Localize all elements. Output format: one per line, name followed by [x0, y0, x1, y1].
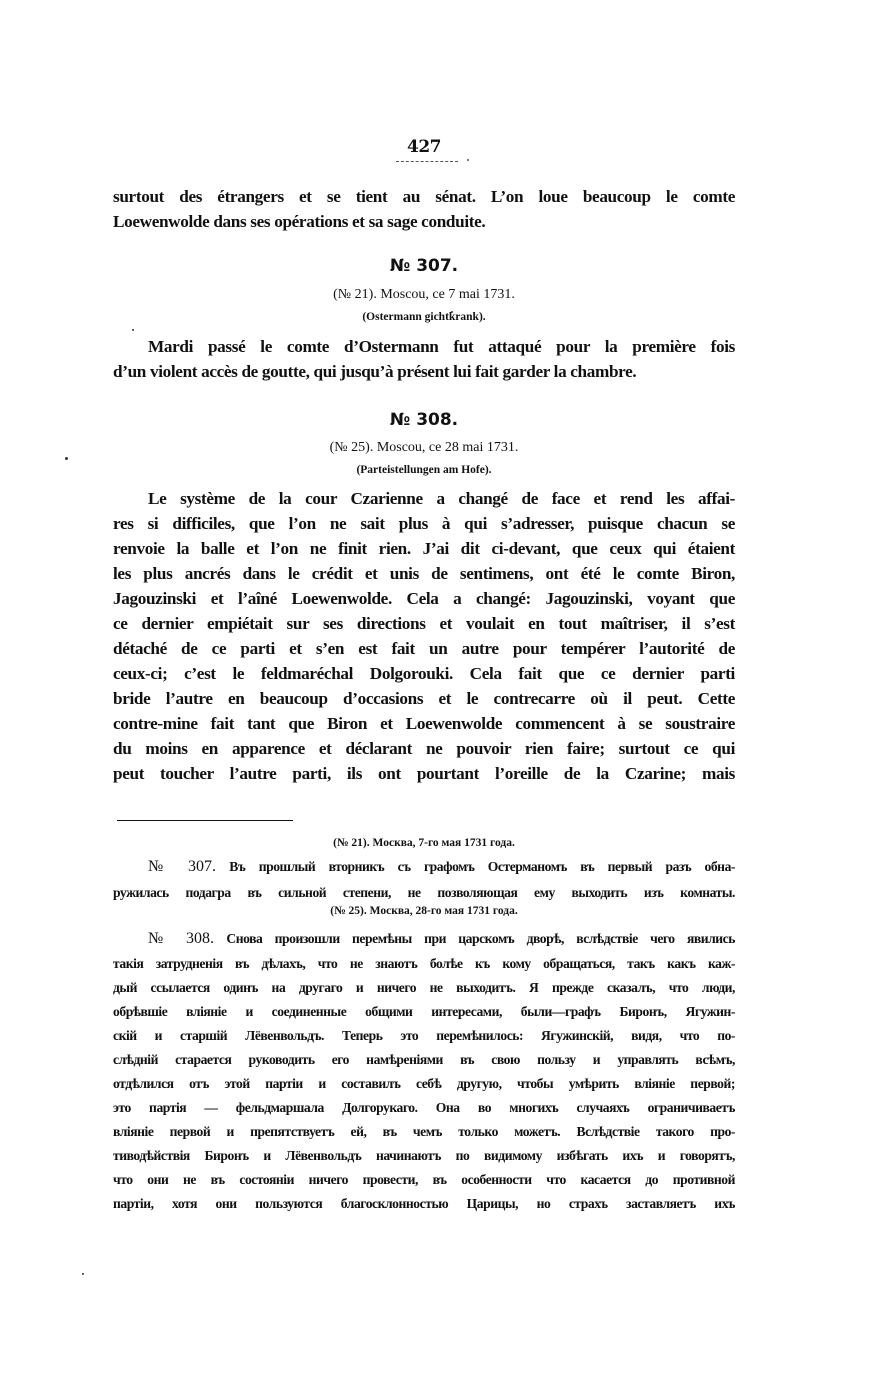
document-heading: № 308. [113, 410, 735, 430]
footnote-line: скій и старшій Лёвенвольдъ. Теперь это п… [113, 1025, 735, 1047]
scan-speck [451, 311, 453, 313]
footnote-rule [117, 820, 293, 821]
footnote-line: обрѣвшіе вліяніе и соединенные общими ин… [113, 1001, 735, 1023]
footnote-line: № 308. Снова произошли перемѣны при царс… [113, 928, 735, 950]
body-line: renvoie la balle et l’on ne finit rien. … [113, 535, 735, 563]
body-line: bride l’autre en beaucoup d’occasions et… [113, 685, 735, 713]
document-subtitle: (Parteistellungen am Hofe). [113, 464, 735, 476]
header-rule-dot [467, 159, 469, 161]
footnote-line: партіи, хотя они пользуются благосклонно… [113, 1193, 735, 1215]
body-line: ceux-ci; c’est le feldmaréchal Dolgorouk… [113, 660, 735, 688]
body-line: peut toucher l’autre parti, ils ont pour… [113, 760, 735, 788]
document-meta: (№ 21). Moscou, ce 7 mai 1731. [113, 287, 735, 303]
body-line: res si difficiles, que l’on ne sait plus… [113, 510, 735, 538]
body-line: détaché de ce parti et s’en est fait un … [113, 635, 735, 663]
footnote-line: ружилась подагра въ сильной степени, не … [113, 882, 735, 904]
document-meta: (№ 25). Moscou, ce 28 mai 1731. [113, 440, 735, 456]
body-line: contre-mine fait tant que Biron et Loewe… [113, 710, 735, 738]
footnote-line: № 307. Въ прошлый вторникъ съ графомъ Ос… [113, 856, 735, 878]
footnote-line: вліяніе первой и препятствуетъ ей, въ че… [113, 1121, 735, 1143]
body-line: surtout des étrangers et se tient au sén… [113, 183, 735, 211]
scan-speck [82, 1273, 84, 1275]
body-line: Mardi passé le comte d’Ostermann fut att… [113, 333, 735, 361]
footnote-meta: (№ 21). Москва, 7-го мая 1731 года. [113, 837, 735, 849]
body-line: Jagouzinski et l’aîné Loewenwolde. Cela … [113, 585, 735, 613]
body-line: ce dernier empiétait sur ses directions … [113, 610, 735, 638]
footnote-line: это партія — фельдмаршала Долгорукаго. О… [113, 1097, 735, 1119]
footnote-line: слѣдній старается руководить его намѣрен… [113, 1049, 735, 1071]
footnote-text: Снова произошли перемѣны при царскомъ дв… [226, 931, 735, 946]
body-line: Loewenwolde dans ses opérations et sa sa… [113, 208, 735, 236]
body-line: Le système de la cour Czarienne a changé… [113, 485, 735, 513]
footnote-line: дый ссылается одинъ на другаго и ничего … [113, 977, 735, 999]
footnote-meta: (№ 25). Москва, 28-го мая 1731 года. [113, 905, 735, 917]
header-rule [396, 161, 458, 163]
body-line: du moins en apparence et déclarant ne po… [113, 735, 735, 763]
footnote-line: что они не въ состояніи ничего провести,… [113, 1169, 735, 1191]
page-number: 427 [113, 137, 735, 157]
footnote-line: тиводѣйствія Биронъ и Лёвенвольдъ начина… [113, 1145, 735, 1167]
footnote-line: отдѣлился отъ этой партіи и составилъ се… [113, 1073, 735, 1095]
footnote-number: № 307. [148, 858, 216, 875]
document-heading: № 307. [113, 256, 735, 276]
body-line: d’un violent accès de goutte, qui jusqu’… [113, 358, 735, 386]
scan-speck [65, 457, 68, 460]
scan-speck [132, 329, 134, 331]
body-line: les plus ancrés dans le crédit et unis d… [113, 560, 735, 588]
document-subtitle: (Ostermann gichtkrank). [113, 311, 735, 323]
footnote-number: № 308. [148, 930, 214, 947]
footnote-text: Въ прошлый вторникъ съ графомъ Остермано… [229, 859, 735, 874]
footnote-line: такія затрудненія въ дѣлахъ, что не знаю… [113, 953, 735, 975]
